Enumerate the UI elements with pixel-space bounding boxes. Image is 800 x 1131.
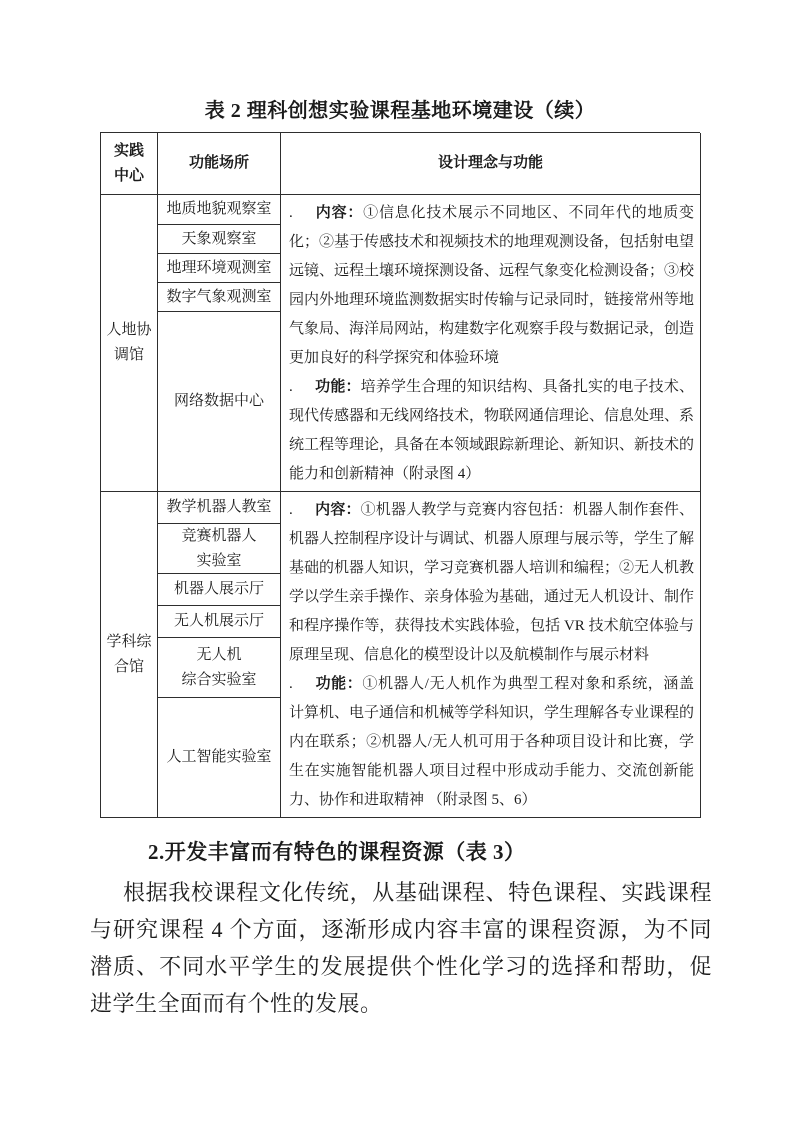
para-label: 功能： <box>315 676 362 692</box>
document-title: 表 2 理科创想实验课程基地环境建设（续） <box>0 0 800 123</box>
para-text: ①机器人教学与竞赛内容包括：机器人制作套件、机器人控制程序设计与调试、机器人原理… <box>289 502 694 663</box>
section-heading: 2.开发丰富而有特色的课程资源（表 3） <box>148 836 800 866</box>
bullet-dot: . <box>289 496 315 525</box>
para-label: 功能： <box>315 379 361 395</box>
design-paragraph-function: .功能：培养学生合理的知识结构、具备扎实的电子技术、现代传感器和无线网络技术，物… <box>289 373 694 489</box>
room-cell: 竞赛机器人 实验室 <box>158 524 281 574</box>
room-cell: 网络数据中心 <box>158 312 281 492</box>
room-cell: 地质地貌观察室 <box>158 195 281 225</box>
design-cell-rendi: .内容：①信息化技术展示不同地区、不同年代的地质变化；②基于传感技术和视频技术的… <box>281 195 701 492</box>
para-label: 内容： <box>315 502 361 518</box>
col-header-venue: 功能场所 <box>158 133 281 195</box>
room-cell: 天象观察室 <box>158 225 281 254</box>
room-cell: 地理环境观测室 <box>158 254 281 283</box>
para-text: ①机器人/无人机作为典型工程对象和系统，涵盖计算机、电子通信和机械等学科知识，学… <box>289 676 694 808</box>
room-cell: 人工智能实验室 <box>158 698 281 818</box>
col-header-design: 设计理念与功能 <box>281 133 701 195</box>
room-cell: 无人机展示厅 <box>158 606 281 638</box>
document-page: 表 2 理科创想实验课程基地环境建设（续） 实践 中心 功能场所 设计理念与功能… <box>0 0 800 1131</box>
para-text: ①信息化技术展示不同地区、不同年代的地质变化；②基于传感技术和视频技术的地理观测… <box>289 205 694 366</box>
center-cell-xueke: 学科综 合馆 <box>101 492 158 818</box>
body-paragraph: 根据我校课程文化传统，从基础课程、特色课程、实践课程与研究课程 4 个方面，逐渐… <box>90 874 712 1022</box>
col-header-practice-center: 实践 中心 <box>101 133 158 195</box>
bullet-dot: . <box>289 670 315 699</box>
center-cell-rendi: 人地协 调馆 <box>101 195 158 492</box>
design-paragraph-content: .内容：①机器人教学与竞赛内容包括：机器人制作套件、机器人控制程序设计与调试、机… <box>289 496 694 670</box>
bullet-dot: . <box>289 199 315 228</box>
design-paragraph-content: .内容：①信息化技术展示不同地区、不同年代的地质变化；②基于传感技术和视频技术的… <box>289 199 694 373</box>
room-cell: 无人机 综合实验室 <box>158 638 281 698</box>
design-cell-xueke: .内容：①机器人教学与竞赛内容包括：机器人制作套件、机器人控制程序设计与调试、机… <box>281 492 701 818</box>
environment-table: 实践 中心 功能场所 设计理念与功能 人地协 调馆 地质地貌观察室 天象观察室 … <box>100 132 700 818</box>
room-cell: 数字气象观测室 <box>158 283 281 312</box>
bullet-dot: . <box>289 373 315 402</box>
room-cell: 教学机器人教室 <box>158 492 281 524</box>
room-cell: 机器人展示厅 <box>158 574 281 606</box>
design-paragraph-function: .功能：①机器人/无人机作为典型工程对象和系统，涵盖计算机、电子通信和机械等学科… <box>289 670 694 815</box>
para-label: 内容： <box>315 205 363 221</box>
